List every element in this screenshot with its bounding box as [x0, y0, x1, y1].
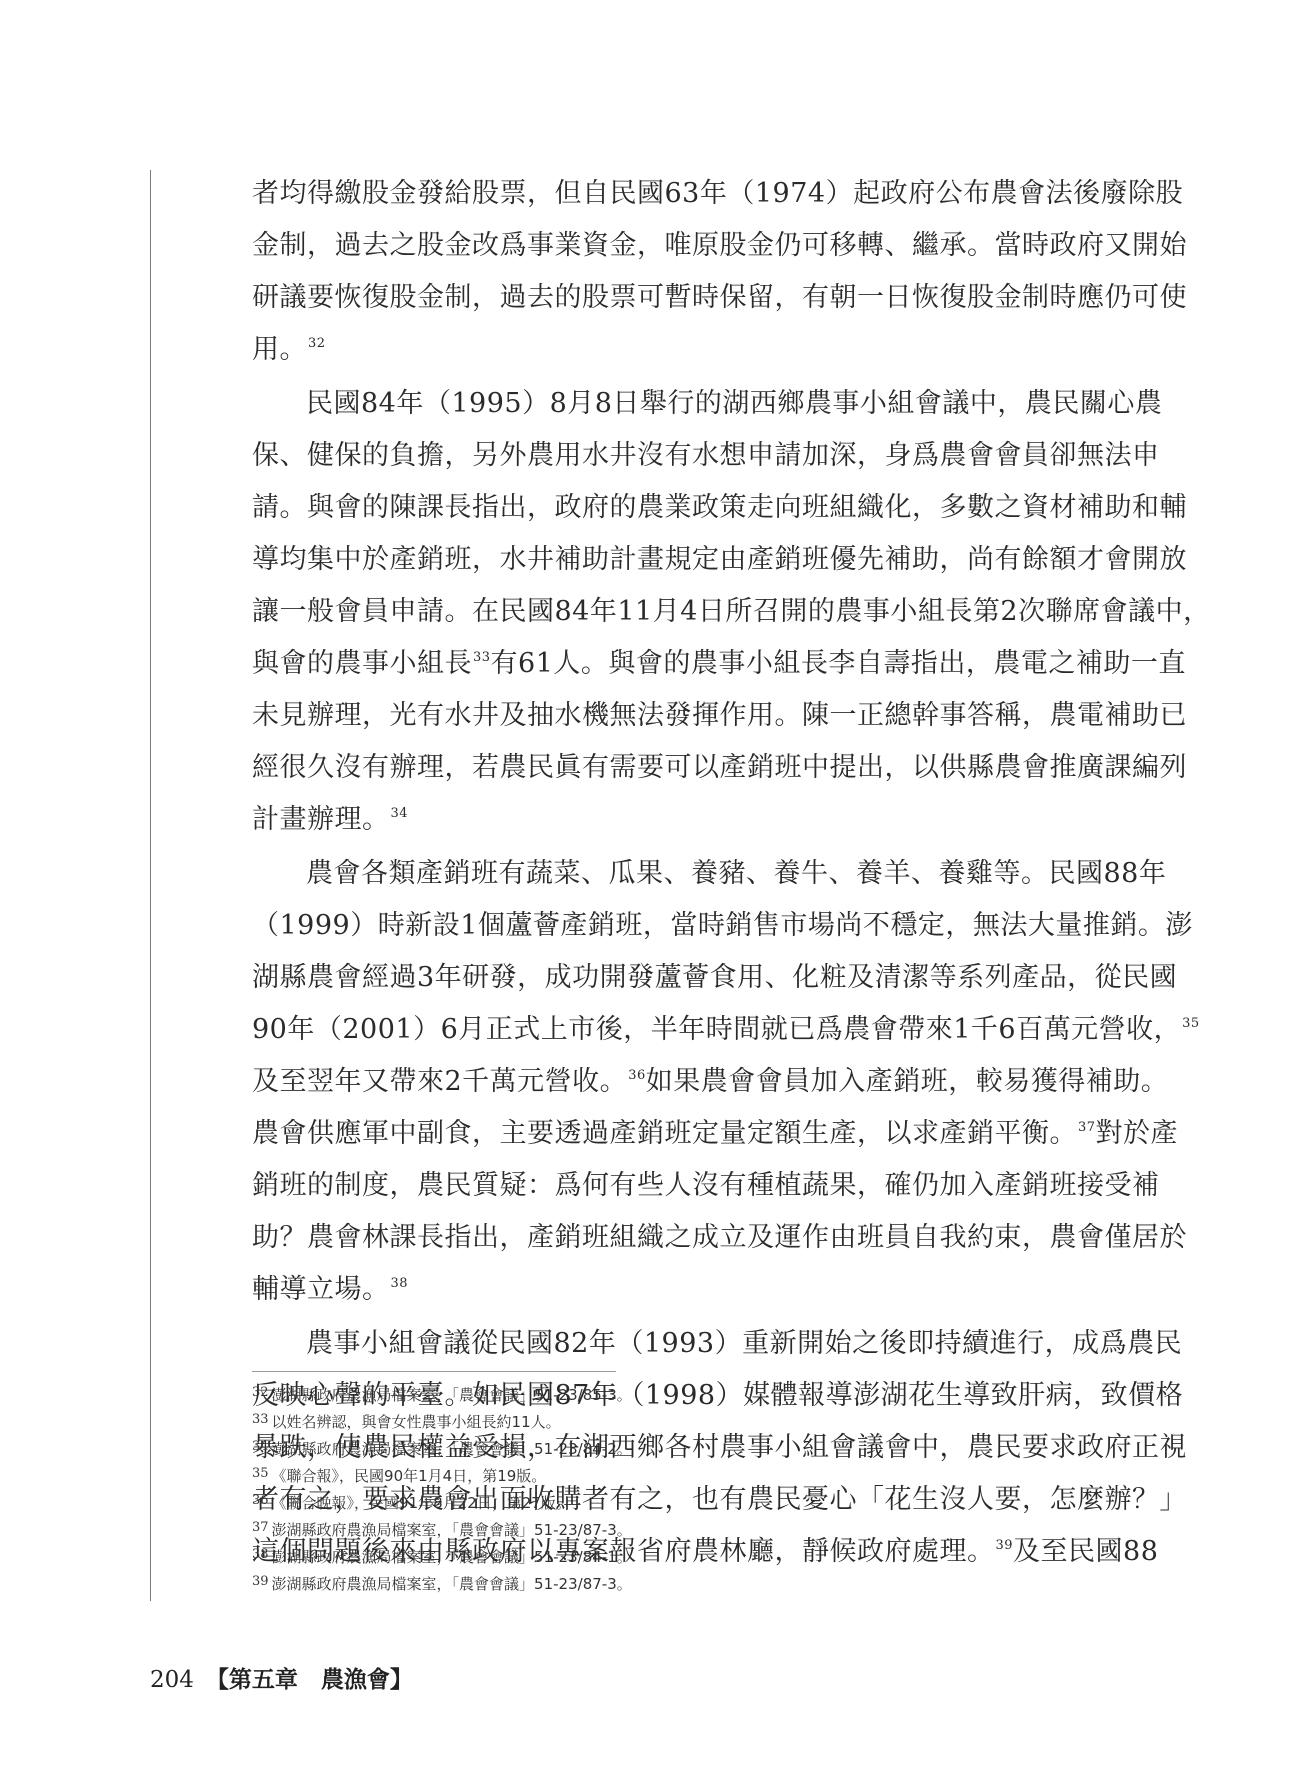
footnote-text: 《聯合報》，民國90年1月4日，第19版。 — [272, 1467, 547, 1485]
footnote-33: 33以姓名辨認，與會女性農事小組長約11人。 — [252, 1409, 561, 1436]
text-span: 計畫辦理。 — [252, 804, 390, 835]
footnote-ref[interactable]: 38 — [391, 1276, 409, 1291]
footnote-36: 36《聯合晚報》，民國91年8月22日，第27版。 — [252, 1490, 571, 1517]
footnote-text: 澎湖縣政府農漁局檔案室，「農會會議」51-23/84-1。 — [272, 1548, 632, 1566]
text-line: 農會各類產銷班有蔬菜、瓜果、養豬、養牛、養羊、養雞等。民國88年 — [306, 848, 1132, 900]
margin-rule — [150, 170, 151, 1601]
text-line: 保、健保的負擔，另外農用水井沒有水想申請加深，身爲農會會員卻無法申 — [252, 430, 1132, 482]
footnote-text: 澎湖縣政府農漁局檔案室，「農會會議」51-23/85-3。 — [272, 1386, 632, 1404]
footnote-34: 34澎湖縣政府農漁局檔案室，「農會會議」51-23/84-2。 — [252, 1436, 632, 1463]
footnote-separator — [252, 1371, 616, 1372]
footnote-ref[interactable]: 32 — [308, 336, 326, 351]
text-line: 農事小組會議從民國82年（1993）重新開始之後即持續進行，成爲農民 — [306, 1318, 1132, 1370]
text-line: 計畫辦理。34 — [252, 794, 408, 846]
page-footer: 204【第五章 農漁會】 — [150, 1665, 413, 1695]
text-line: 及至翌年又帶來2千萬元營收。36如果農會會員加入產銷班，較易獲得補助。 — [252, 1056, 1132, 1108]
text-span: 及至翌年又帶來2千萬元營收。 — [252, 1066, 627, 1097]
footnote-number: 36 — [252, 1493, 269, 1508]
footnote-ref[interactable]: 34 — [391, 806, 409, 821]
text-line: 90年（2001）6月正式上市後，半年時間就已爲農會帶來1千6百萬元營收，35 — [252, 1004, 1132, 1056]
text-span: 對於產 — [1096, 1118, 1179, 1149]
footnote-text: 以姓名辨認，與會女性農事小組長約11人。 — [272, 1413, 561, 1431]
text-line: 用。32 — [252, 324, 326, 376]
footnote-number: 35 — [252, 1466, 269, 1481]
text-span: 90年（2001）6月正式上市後，半年時間就已爲農會帶來1千6百萬元營收， — [252, 1014, 1181, 1045]
text-line: 經很久沒有辦理，若農民眞有需要可以產銷班中提出，以供縣農會推廣課編列 — [252, 742, 1132, 794]
footnote-ref[interactable]: 39 — [996, 1538, 1014, 1553]
text-line: 者均得繳股金發給股票，但自民國63年（1974）起政府公布農會法後廢除股 — [252, 168, 1132, 220]
text-line: 導均集中於產銷班，水井補助計畫規定由產銷班優先補助，尚有餘額才會開放 — [252, 534, 1132, 586]
footnote-ref[interactable]: 33 — [473, 650, 491, 665]
text-line: 湖縣農會經過3年研發，成功開發蘆薈食用、化粧及清潔等系列產品，從民國 — [252, 952, 1132, 1004]
text-span: 用。 — [252, 334, 307, 365]
footnote-39: 39澎湖縣政府農漁局檔案室，「農會會議」51-23/87-3。 — [252, 1571, 632, 1598]
footnote-ref[interactable]: 37 — [1078, 1120, 1096, 1135]
text-line: 輔導立場。38 — [252, 1264, 408, 1316]
footnote-32: 32澎湖縣政府農漁局檔案室，「農會會議」51-23/85-3。 — [252, 1382, 632, 1409]
footnote-ref[interactable]: 36 — [628, 1068, 646, 1083]
footnote-number: 39 — [252, 1574, 269, 1589]
footnote-37: 37澎湖縣政府農漁局檔案室，「農會會議」51-23/87-3。 — [252, 1517, 632, 1544]
text-span: 輔導立場。 — [252, 1274, 390, 1305]
footnote-number: 33 — [252, 1412, 269, 1427]
text-line: （1999）時新設1個蘆薈產銷班，當時銷售市場尚不穩定，無法大量推銷。澎 — [252, 900, 1132, 952]
text-line: 未見辦理，光有水井及抽水機無法發揮作用。陳一正總幹事答稱，農電補助已 — [252, 690, 1132, 742]
text-line: 研議要恢復股金制，過去的股票可暫時保留，有朝一日恢復股金制時應仍可使 — [252, 272, 1132, 324]
chapter-label: 【第五章 農漁會】 — [206, 1666, 413, 1693]
text-span: 有61人。與會的農事小組長李自壽指出，農電之補助一直 — [491, 648, 1186, 679]
text-line: 助？農會林課長指出，產銷班組織之成立及運作由班員自我約束，農會僅居於 — [252, 1212, 1132, 1264]
text-line: 讓一般會員申請。在民國84年11月4日所召開的農事小組長第2次聯席會議中， — [252, 586, 1132, 638]
text-line: 請。與會的陳課長指出，政府的農業政策走向班組織化，多數之資材補助和輔 — [252, 482, 1132, 534]
footnote-text: 澎湖縣政府農漁局檔案室，「農會會議」51-23/87-3。 — [272, 1575, 632, 1593]
text-line: 民國84年（1995）8月8日舉行的湖西鄉農事小組會議中，農民關心農 — [306, 378, 1132, 430]
footnote-35: 35《聯合報》，民國90年1月4日，第19版。 — [252, 1463, 546, 1490]
text-line: 與會的農事小組長33有61人。與會的農事小組長李自壽指出，農電之補助一直 — [252, 638, 1132, 690]
text-span: 如果農會會員加入產銷班，較易獲得補助。 — [646, 1066, 1169, 1097]
footnote-number: 38 — [252, 1547, 269, 1562]
footnote-number: 37 — [252, 1520, 269, 1535]
text-span: 與會的農事小組長 — [252, 648, 472, 679]
footnote-text: 澎湖縣政府農漁局檔案室，「農會會議」51-23/84-2。 — [272, 1440, 632, 1458]
footnote-number: 34 — [252, 1439, 269, 1454]
footnote-ref[interactable]: 35 — [1182, 1016, 1200, 1031]
text-line: 金制，過去之股金改爲事業資金，唯原股金仍可移轉、繼承。當時政府又開始 — [252, 220, 1132, 272]
text-line: 銷班的制度，農民質疑：爲何有些人沒有種植蔬果，確仍加入產銷班接受補 — [252, 1160, 1132, 1212]
footnote-text: 澎湖縣政府農漁局檔案室，「農會會議」51-23/87-3。 — [272, 1521, 632, 1539]
footnote-text: 《聯合晚報》，民國91年8月22日，第27版。 — [272, 1494, 571, 1512]
footnote-number: 32 — [252, 1385, 269, 1400]
text-span: 農會供應軍中副食，主要透過產銷班定量定額生產，以求產銷平衡。 — [252, 1118, 1077, 1149]
page-number: 204 — [150, 1667, 194, 1693]
text-line: 農會供應軍中副食，主要透過產銷班定量定額生產，以求產銷平衡。37對於產 — [252, 1108, 1132, 1160]
footnote-38: 38澎湖縣政府農漁局檔案室，「農會會議」51-23/84-1。 — [252, 1544, 632, 1571]
text-span: 及至民國88 — [1013, 1536, 1158, 1567]
